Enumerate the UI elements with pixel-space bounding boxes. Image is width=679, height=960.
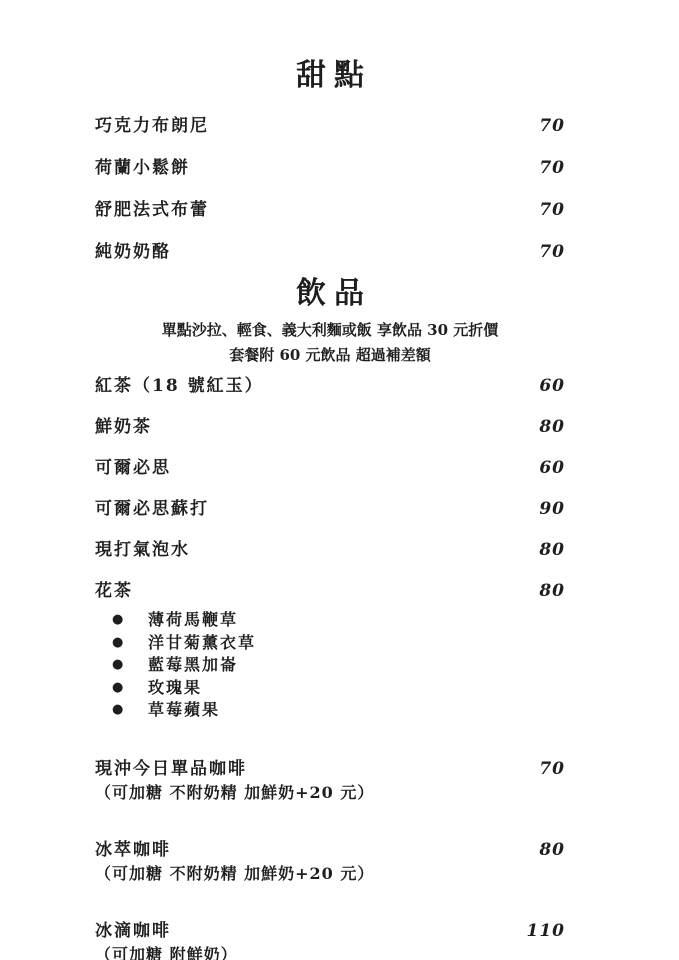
menu-item-row: 冰滴咖啡 110: [95, 921, 565, 941]
item-price: 80: [539, 840, 565, 860]
section-title-drinks: 飲品: [95, 276, 565, 312]
menu-item-row: 現沖今日單品咖啡 70: [95, 759, 565, 779]
item-name: 冰滴咖啡: [95, 921, 171, 941]
item-note: （可加糖 不附奶精 加鮮奶+20 元）: [95, 780, 565, 806]
menu-item-row: 荷蘭小鬆餅 70: [95, 158, 565, 178]
section-title-desserts: 甜點: [95, 58, 565, 94]
option-label: 薄荷馬鞭草: [148, 609, 238, 632]
list-item: ● 洋甘菊薰衣草: [95, 632, 565, 655]
item-price: 70: [539, 200, 565, 220]
menu-page: 甜點 巧克力布朗尼 70 荷蘭小鬆餅 70 舒肥法式布蕾 70 純奶奶酪 70 …: [0, 0, 679, 960]
menu-item-row: 舒肥法式布蕾 70: [95, 200, 565, 220]
item-price: 110: [527, 921, 566, 941]
item-price: 60: [539, 458, 565, 478]
list-item: ● 薄荷馬鞭草: [95, 609, 565, 632]
menu-item-row: 紅茶（18 號紅玉） 60: [95, 376, 565, 396]
item-name: 可爾必思蘇打: [95, 499, 209, 519]
item-name: 紅茶（18 號紅玉）: [95, 376, 264, 396]
menu-item-row: 巧克力布朗尼 70: [95, 116, 565, 136]
item-name: 現沖今日單品咖啡: [95, 759, 247, 779]
section-note: 套餐附 60 元飲品 超過補差額: [95, 343, 565, 368]
menu-item-row: 鮮奶茶 80: [95, 417, 565, 437]
item-name: 鮮奶茶: [95, 417, 152, 437]
section-note: 單點沙拉、輕食、義大利麵或飯 享飲品 30 元折價: [95, 318, 565, 343]
item-price: 80: [539, 540, 565, 560]
list-item: ● 草莓蘋果: [95, 699, 565, 722]
menu-item-row: 花茶 80: [95, 581, 565, 601]
item-name: 花茶: [95, 581, 133, 601]
option-label: 藍莓黑加崙: [148, 654, 238, 677]
menu-item-group: 冰滴咖啡 110 （可加糖 附鮮奶）: [95, 921, 565, 960]
list-item: ● 藍莓黑加崙: [95, 654, 565, 677]
item-price: 70: [539, 759, 565, 779]
bullet-icon: ●: [112, 632, 126, 655]
item-note: （可加糖 附鮮奶）: [95, 942, 565, 960]
menu-item-row: 可爾必思蘇打 90: [95, 499, 565, 519]
item-price: 60: [539, 376, 565, 396]
option-label: 草莓蘋果: [148, 699, 220, 722]
item-name: 純奶奶酪: [95, 242, 171, 262]
item-note: （可加糖 不附奶精 加鮮奶+20 元）: [95, 861, 565, 887]
item-price: 70: [539, 116, 565, 136]
drinks-section-notes: 單點沙拉、輕食、義大利麵或飯 享飲品 30 元折價 套餐附 60 元飲品 超過補…: [95, 318, 565, 368]
menu-item-row: 冰萃咖啡 80: [95, 840, 565, 860]
item-price: 70: [539, 158, 565, 178]
item-name: 可爾必思: [95, 458, 171, 478]
menu-item-group: 冰萃咖啡 80 （可加糖 不附奶精 加鮮奶+20 元）: [95, 840, 565, 887]
item-name: 舒肥法式布蕾: [95, 200, 209, 220]
item-price: 70: [539, 242, 565, 262]
menu-item-group: 現沖今日單品咖啡 70 （可加糖 不附奶精 加鮮奶+20 元）: [95, 759, 565, 806]
list-item: ● 玫瑰果: [95, 677, 565, 700]
item-price: 90: [539, 499, 565, 519]
item-name: 巧克力布朗尼: [95, 116, 209, 136]
menu-item-row: 現打氣泡水 80: [95, 540, 565, 560]
bullet-icon: ●: [112, 654, 126, 677]
menu-item-row: 純奶奶酪 70: [95, 242, 565, 262]
option-label: 洋甘菊薰衣草: [148, 632, 256, 655]
item-name: 現打氣泡水: [95, 540, 190, 560]
bullet-icon: ●: [112, 699, 126, 722]
item-name: 冰萃咖啡: [95, 840, 171, 860]
item-name: 荷蘭小鬆餅: [95, 158, 190, 178]
option-label: 玫瑰果: [148, 677, 202, 700]
item-price: 80: [539, 417, 565, 437]
item-price: 80: [539, 581, 565, 601]
flower-tea-options: ● 薄荷馬鞭草 ● 洋甘菊薰衣草 ● 藍莓黑加崙 ● 玫瑰果 ● 草莓蘋果: [95, 609, 565, 722]
menu-item-row: 可爾必思 60: [95, 458, 565, 478]
bullet-icon: ●: [112, 609, 126, 632]
bullet-icon: ●: [112, 677, 126, 700]
